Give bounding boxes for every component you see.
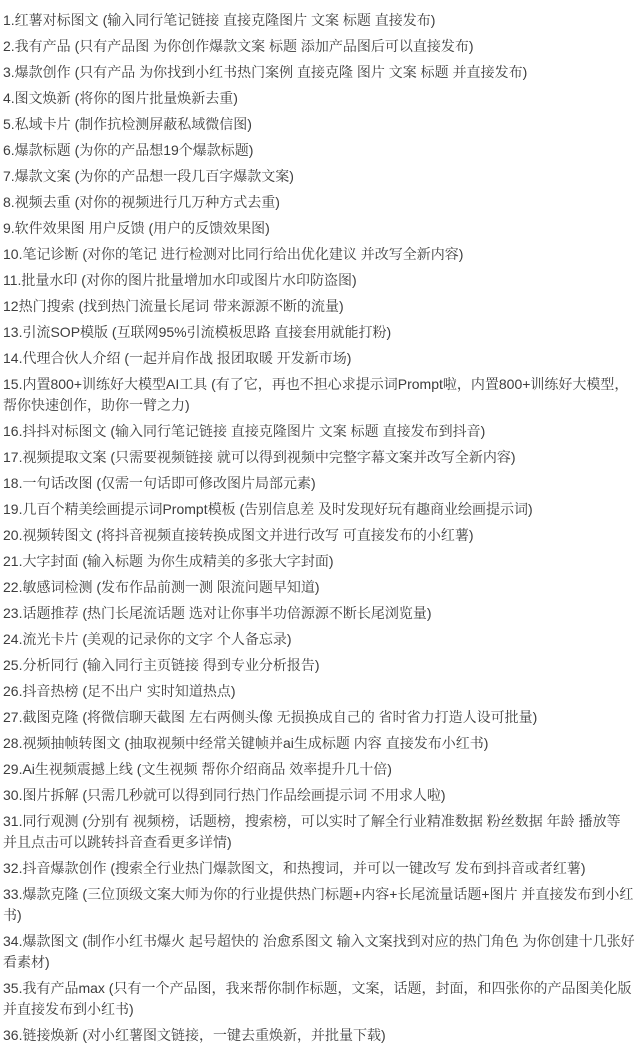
feature-list-item: 36.链接焕新 (对小红薯图文链接，一键去重焕新，并批量下载) (3, 1025, 635, 1046)
feature-list-item: 9.软件效果图 用户反馈 (用户的反馈效果图) (3, 218, 635, 239)
feature-list-item: 17.视频提取文案 (只需要视频链接 就可以得到视频中完整字幕文案并改写全新内容… (3, 447, 635, 468)
feature-list-item: 33.爆款克隆 (三位顶级文案大师为你的行业提供热门标题+内容+长尾流量话题+图… (3, 884, 635, 926)
feature-list-item: 26.抖音热榜 (足不出户 实时知道热点) (3, 681, 635, 702)
feature-list-item: 25.分析同行 (输入同行主页链接 得到专业分析报告) (3, 655, 635, 676)
feature-list-item: 14.代理合伙人介绍 (一起并肩作战 报团取暖 开发新市场) (3, 348, 635, 369)
feature-list-item: 24.流光卡片 (美观的记录你的文字 个人备忘录) (3, 629, 635, 650)
feature-list-item: 30.图片拆解 (只需几秒就可以得到同行热门作品绘画提示词 不用求人啦) (3, 785, 635, 806)
feature-list-item: 15.内置800+训练好大模型AI工具 (有了它，再也不担心求提示词Prompt… (3, 374, 635, 416)
feature-list-item: 8.视频去重 (对你的视频进行几万种方式去重) (3, 192, 635, 213)
feature-list-item: 13.引流SOP模版 (互联网95%引流模板思路 直接套用就能打粉) (3, 322, 635, 343)
feature-list-item: 22.敏感词检测 (发布作品前测一测 限流问题早知道) (3, 577, 635, 598)
feature-list-item: 35.我有产品max (只有一个产品图，我来帮你制作标题，文案，话题，封面，和四… (3, 978, 635, 1020)
feature-list-item: 23.话题推荐 (热门长尾流话题 选对让你事半功倍源源不断长尾浏览量) (3, 603, 635, 624)
feature-list-item: 11.批量水印 (对你的图片批量增加水印或图片水印防盗图) (3, 270, 635, 291)
feature-list-item: 21.大字封面 (输入标题 为你生成精美的多张大字封面) (3, 551, 635, 572)
feature-list-item: 16.抖抖对标图文 (输入同行笔记链接 直接克隆图片 文案 标题 直接发布到抖音… (3, 421, 635, 442)
feature-list-item: 3.爆款创作 (只有产品 为你找到小红书热门案例 直接克隆 图片 文案 标题 并… (3, 62, 635, 83)
feature-list-item: 4.图文焕新 (将你的图片批量焕新去重) (3, 88, 635, 109)
feature-list-item: 27.截图克隆 (将微信聊天截图 左右两侧头像 无损换成自己的 省时省力打造人设… (3, 707, 635, 728)
feature-list-item: 20.视频转图文 (将抖音视频直接转换成图文并进行改写 可直接发布的小红薯) (3, 525, 635, 546)
feature-list-item: 5.私域卡片 (制作抗检测屏蔽私域微信图) (3, 114, 635, 135)
feature-list-item: 7.爆款文案 (为你的产品想一段几百字爆款文案) (3, 166, 635, 187)
feature-list-item: 31.同行观测 (分别有 视频榜，话题榜，搜索榜，可以实时了解全行业精准数据 粉… (3, 811, 635, 853)
feature-list-item: 6.爆款标题 (为你的产品想19个爆款标题) (3, 140, 635, 161)
feature-list-item: 28.视频抽帧转图文 (抽取视频中经常关键帧并ai生成标题 内容 直接发布小红书… (3, 733, 635, 754)
feature-list-item: 19.几百个精美绘画提示词Prompt模板 (告别信息差 及时发现好玩有趣商业绘… (3, 499, 635, 520)
feature-list: 1.红薯对标图文 (输入同行笔记链接 直接克隆图片 文案 标题 直接发布) 2.… (3, 10, 635, 1046)
feature-list-item: 10.笔记诊断 (对你的笔记 进行检测对比同行给出优化建议 并改写全新内容) (3, 244, 635, 265)
feature-list-item: 34.爆款图文 (制作小红书爆火 起号超快的 治愈系图文 输入文案找到对应的热门… (3, 931, 635, 973)
feature-list-item: 18.一句话改图 (仅需一句话即可修改图片局部元素) (3, 473, 635, 494)
feature-list-item: 32.抖音爆款创作 (搜索全行业热门爆款图文，和热搜词，并可以一键改写 发布到抖… (3, 858, 635, 879)
feature-list-document: 1.红薯对标图文 (输入同行笔记链接 直接克隆图片 文案 标题 直接发布) 2.… (0, 0, 643, 1046)
feature-list-item: 29.Ai生视频震撼上线 (文生视频 帮你介绍商品 效率提升几十倍) (3, 759, 635, 780)
feature-list-item: 1.红薯对标图文 (输入同行笔记链接 直接克隆图片 文案 标题 直接发布) (3, 10, 635, 31)
feature-list-item: 12热门搜索 (找到热门流量长尾词 带来源源不断的流量) (3, 296, 635, 317)
feature-list-item: 2.我有产品 (只有产品图 为你创作爆款文案 标题 添加产品图后可以直接发布) (3, 36, 635, 57)
